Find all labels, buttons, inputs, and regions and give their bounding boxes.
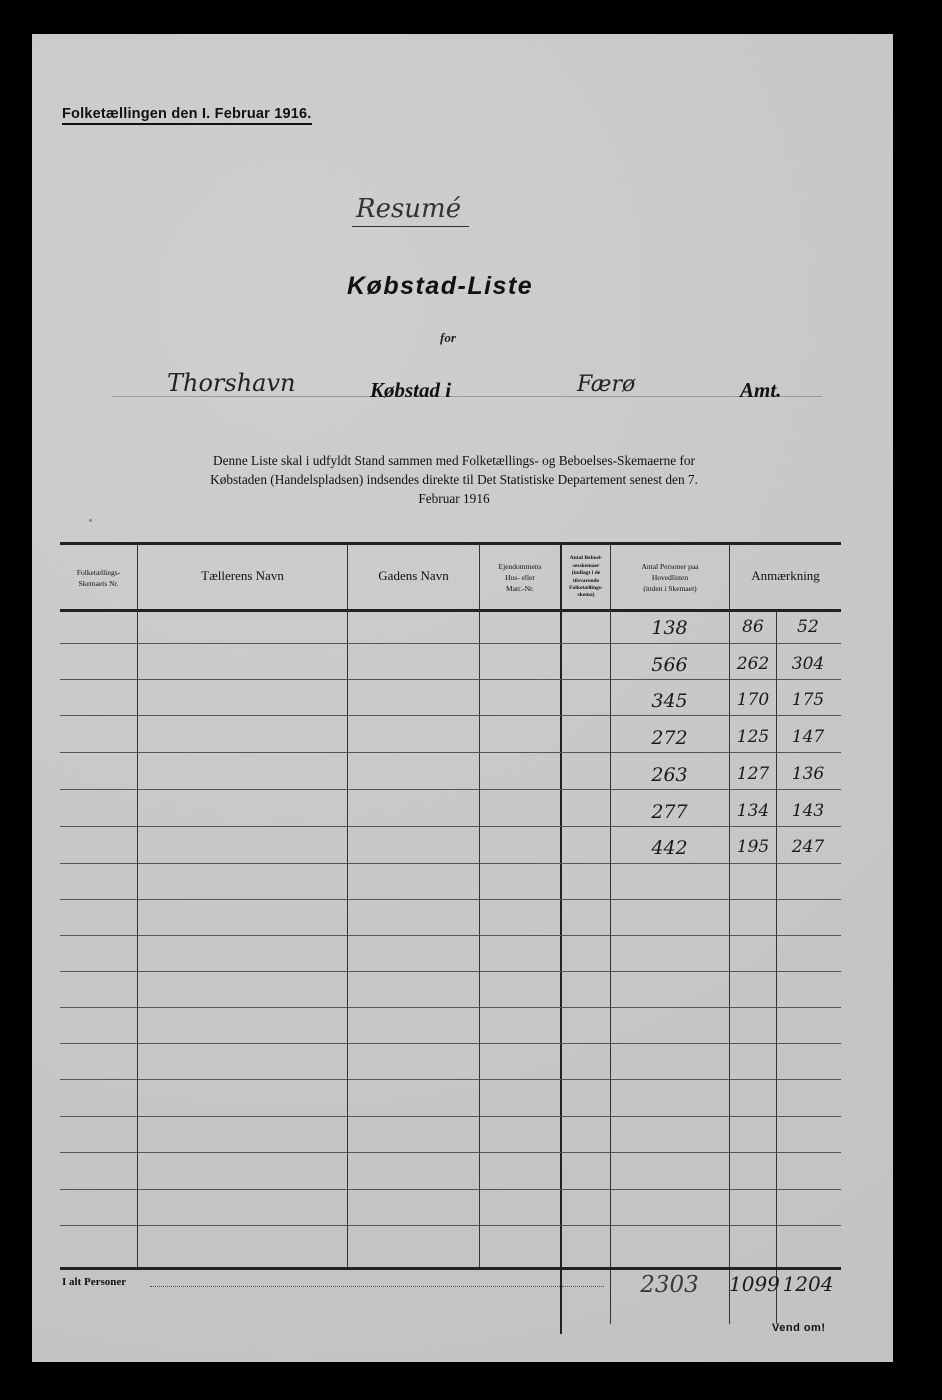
dotted-leader <box>562 1286 604 1287</box>
remark-b-cell: 52 <box>777 617 839 637</box>
census-header: Folketællingen den I. Februar 1916. <box>62 106 312 125</box>
instructions-line: Købstaden (Handelspladsen) indsendes dir… <box>124 470 784 489</box>
table-top-rule <box>60 542 841 545</box>
header-street-name: Gadens Navn <box>348 546 479 606</box>
persons-cell: 566 <box>612 654 727 676</box>
header-remarks: Anmærkning <box>730 546 841 606</box>
remark-b-cell: 247 <box>777 837 839 857</box>
persons-cell: 272 <box>612 727 727 749</box>
remark-a-cell: 195 <box>730 837 776 857</box>
column-divider <box>776 611 777 1324</box>
header-enumerator-name: Tællerens Navn <box>138 546 347 606</box>
row-line <box>60 1225 841 1226</box>
row-line <box>60 1007 841 1008</box>
handwritten-heading: Resumé <box>352 194 469 227</box>
row-line <box>60 679 841 680</box>
row-line <box>60 935 841 936</box>
column-divider <box>347 544 348 1269</box>
header-line: Ejendommens <box>499 561 542 572</box>
row-line <box>60 715 841 716</box>
row-line <box>60 826 841 827</box>
row-line <box>60 752 841 753</box>
remark-a-cell: 86 <box>730 617 776 637</box>
persons-cell: 138 <box>612 617 727 639</box>
remark-a-cell: 127 <box>730 764 776 784</box>
row-line <box>60 1116 841 1117</box>
header-line: Folketællings- <box>77 567 120 578</box>
total-persons-value: 2303 <box>612 1272 727 1298</box>
persons-cell: 442 <box>612 837 727 859</box>
header-dwelling-count: Antal Beboel- sesskemaer (indlagt i de t… <box>562 546 610 609</box>
column-divider <box>610 544 611 1324</box>
persons-cell: 277 <box>612 801 727 823</box>
header-line: Antal Personer paa <box>641 561 698 572</box>
town-handwritten: Thorshavn <box>167 369 295 397</box>
total-remark-a-value: 1099 <box>729 1272 779 1296</box>
for-label: for <box>440 330 456 346</box>
column-divider <box>479 544 480 1269</box>
row-line <box>60 1043 841 1044</box>
header-line: Skemaets Nr. <box>79 578 119 589</box>
row-line <box>60 643 841 644</box>
total-persons-label: I alt Personer <box>62 1276 126 1288</box>
persons-cell: 263 <box>612 764 727 786</box>
header-line: Hovedlisten <box>652 572 688 583</box>
remark-a-cell: 170 <box>730 690 776 710</box>
census-form-page: Folketællingen den I. Februar 1916. Resu… <box>32 34 893 1362</box>
turn-over-note: Vend om! <box>772 1322 826 1334</box>
document-title: Købstad-Liste <box>347 272 533 301</box>
header-line: Antal Beboel- <box>570 555 603 562</box>
column-divider-bold <box>560 544 562 1334</box>
row-line <box>60 1189 841 1190</box>
row-line <box>60 1079 841 1080</box>
header-line: (indlagt i de <box>572 570 601 577</box>
remark-a-cell: 262 <box>730 654 776 674</box>
header-person-count: Antal Personer paa Hovedlisten (inden i … <box>611 546 729 609</box>
row-line <box>60 899 841 900</box>
remark-a-cell: 125 <box>730 727 776 747</box>
header-line: (inden i Skemaet) <box>643 583 696 594</box>
remark-b-cell: 304 <box>777 654 839 674</box>
paper-speck <box>89 519 92 522</box>
town-label: Købstad i <box>370 378 451 403</box>
remark-b-cell: 175 <box>777 690 839 710</box>
county-handwritten: Færø <box>577 372 635 397</box>
dotted-leader <box>150 1286 560 1287</box>
row-line <box>60 863 841 864</box>
persons-cell: 345 <box>612 690 727 712</box>
instructions-text: Denne Liste skal i udfyldt Stand sammen … <box>124 451 784 508</box>
header-line: sesskemaer <box>572 563 599 570</box>
remark-b-cell: 136 <box>777 764 839 784</box>
row-line <box>60 971 841 972</box>
header-line: Matr.-Nr. <box>506 583 534 594</box>
county-label: Amt. <box>740 378 781 403</box>
remark-a-cell: 134 <box>730 801 776 821</box>
header-line: skema) <box>577 592 594 599</box>
header-property-number: Ejendommens Hus- eller Matr.-Nr. <box>480 546 560 609</box>
header-line: Hus- eller <box>505 572 535 583</box>
total-remark-b-value: 1204 <box>777 1272 839 1296</box>
instructions-line: Denne Liste skal i udfyldt Stand sammen … <box>124 451 784 470</box>
remark-b-cell: 143 <box>777 801 839 821</box>
header-schedule-number: Folketællings- Skemaets Nr. <box>60 546 137 609</box>
header-bottom-rule <box>60 609 841 612</box>
row-line <box>60 789 841 790</box>
instructions-line: Februar 1916 <box>124 489 784 508</box>
header-line: tilsvarende <box>573 578 599 585</box>
remark-b-cell: 147 <box>777 727 839 747</box>
row-line <box>60 1152 841 1153</box>
totals-rule <box>60 1267 841 1270</box>
column-divider <box>137 544 138 1269</box>
